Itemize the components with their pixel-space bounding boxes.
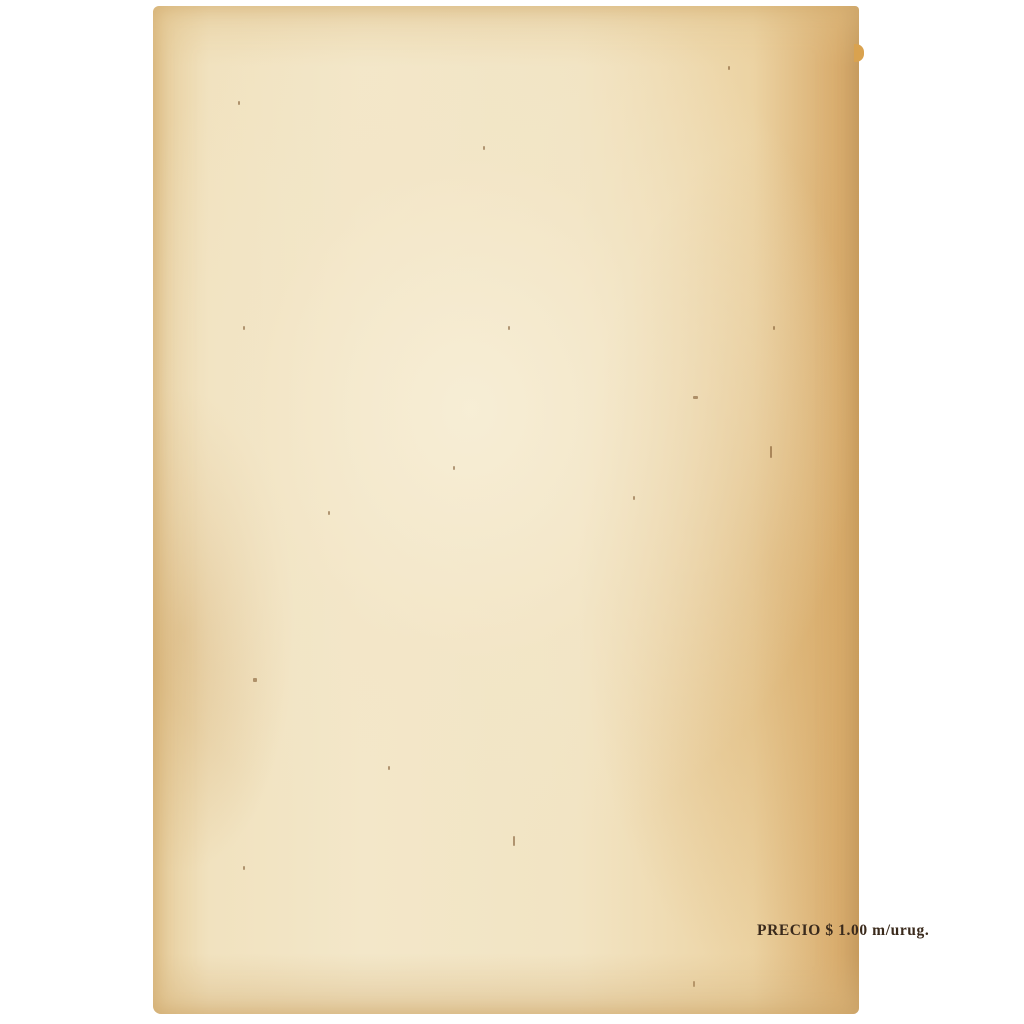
paper-speck	[773, 326, 775, 330]
paper-speck	[328, 511, 330, 515]
paper-speck	[508, 326, 510, 330]
paper-speck	[513, 836, 515, 846]
book-back-cover: PRECIO $ 1.00 m/urug.	[153, 6, 859, 1014]
paper-speck	[238, 101, 240, 105]
paper-speck	[693, 396, 698, 399]
paper-speck	[770, 446, 772, 458]
paper-speck	[728, 66, 730, 70]
paper-speck	[453, 466, 455, 470]
paper-speck	[243, 326, 245, 330]
paper-speck	[253, 678, 257, 682]
paper-speck	[693, 981, 695, 987]
cover-edge-tab	[854, 44, 864, 62]
paper-speck	[243, 866, 245, 870]
paper-speck	[633, 496, 635, 500]
paper-speck	[388, 766, 390, 770]
price-label: PRECIO $ 1.00 m/urug.	[757, 922, 929, 940]
background: PRECIO $ 1.00 m/urug.	[0, 0, 1024, 1024]
paper-speck	[483, 146, 485, 150]
